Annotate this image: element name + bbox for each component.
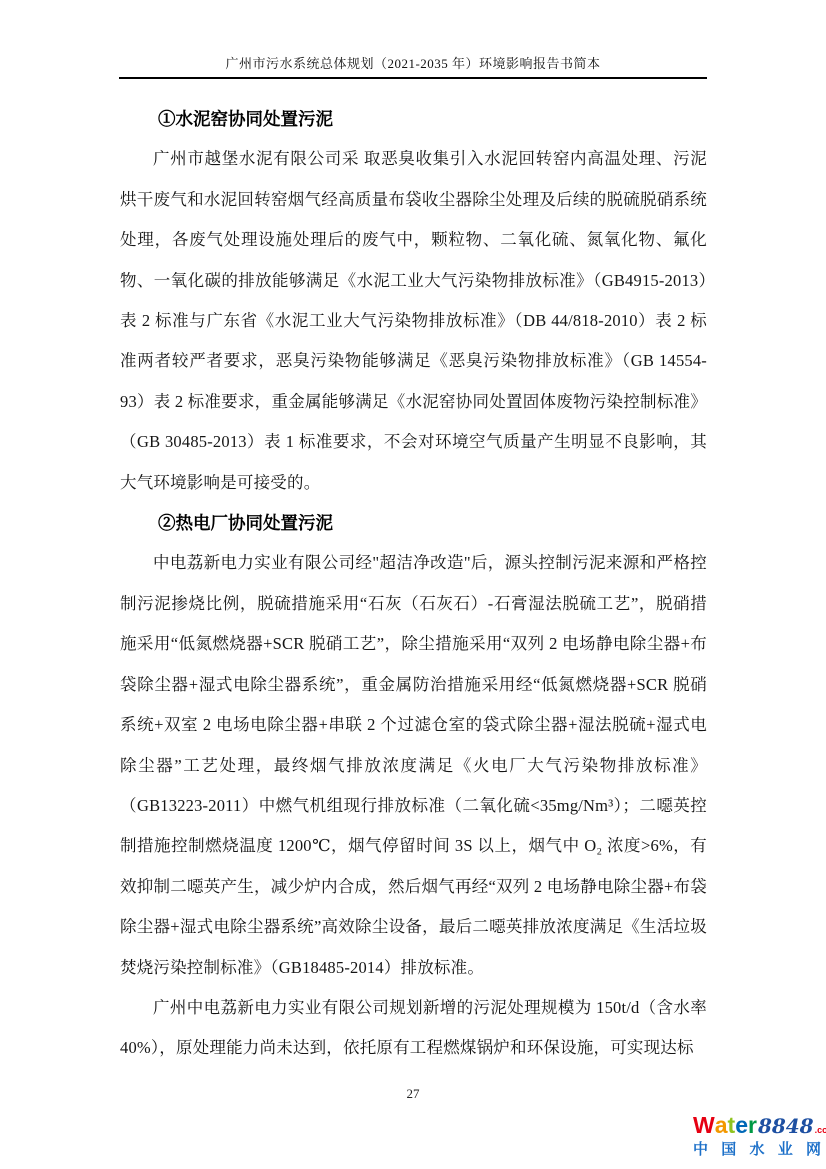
- section2-heading: ②热电厂协同处置污泥: [120, 503, 707, 543]
- subtitle-char: 国: [721, 1142, 736, 1157]
- subtitle-char: 中: [693, 1142, 708, 1157]
- watermark-brand-row: Water 8848 .com: [693, 1114, 823, 1137]
- subtitle-char: 水: [749, 1142, 764, 1157]
- section2-paragraph-1: 中电荔新电力实业有限公司经"超洁净改造"后，源头控制污泥来源和严格控制污泥掺烧比…: [120, 543, 707, 987]
- brand-letter: t: [728, 1114, 736, 1137]
- subtitle-char: 网: [806, 1142, 821, 1157]
- brand-letter: r: [748, 1114, 757, 1137]
- brand-letter: a: [715, 1114, 728, 1137]
- page-number: 27: [0, 1086, 826, 1102]
- brand-letter: e: [735, 1114, 748, 1137]
- brand-letter: W: [693, 1114, 715, 1137]
- page-header: 广州市污水系统总体规划（2021-2035 年）环境影响报告书简本: [0, 53, 826, 72]
- watermark-brand-number: 8848: [758, 1116, 814, 1136]
- section1-heading: ①水泥窑协同处置污泥: [120, 99, 707, 139]
- document-body: ①水泥窑协同处置污泥 广州市越堡水泥有限公司采 取恶臭收集引入水泥回转窑内高温处…: [120, 99, 707, 1069]
- header-divider: [119, 77, 707, 79]
- water8848-watermark-logo: Water 8848 .com 中国水业网: [693, 1114, 823, 1157]
- section2-paragraph-2: 广州中电荔新电力实业有限公司规划新增的污泥处理规模为 150t/d（含水率 40…: [120, 988, 707, 1069]
- watermark-brand-word: Water: [693, 1114, 757, 1137]
- section1-paragraph: 广州市越堡水泥有限公司采 取恶臭收集引入水泥回转窑内高温处理、污泥烘干废气和水泥…: [120, 139, 707, 503]
- document-page: 广州市污水系统总体规划（2021-2035 年）环境影响报告书简本 ①水泥窑协同…: [0, 0, 826, 1169]
- watermark-brand-tld: .com: [815, 1126, 826, 1135]
- subtitle-char: 业: [778, 1142, 793, 1157]
- watermark-subtitle: 中国水业网: [693, 1142, 821, 1157]
